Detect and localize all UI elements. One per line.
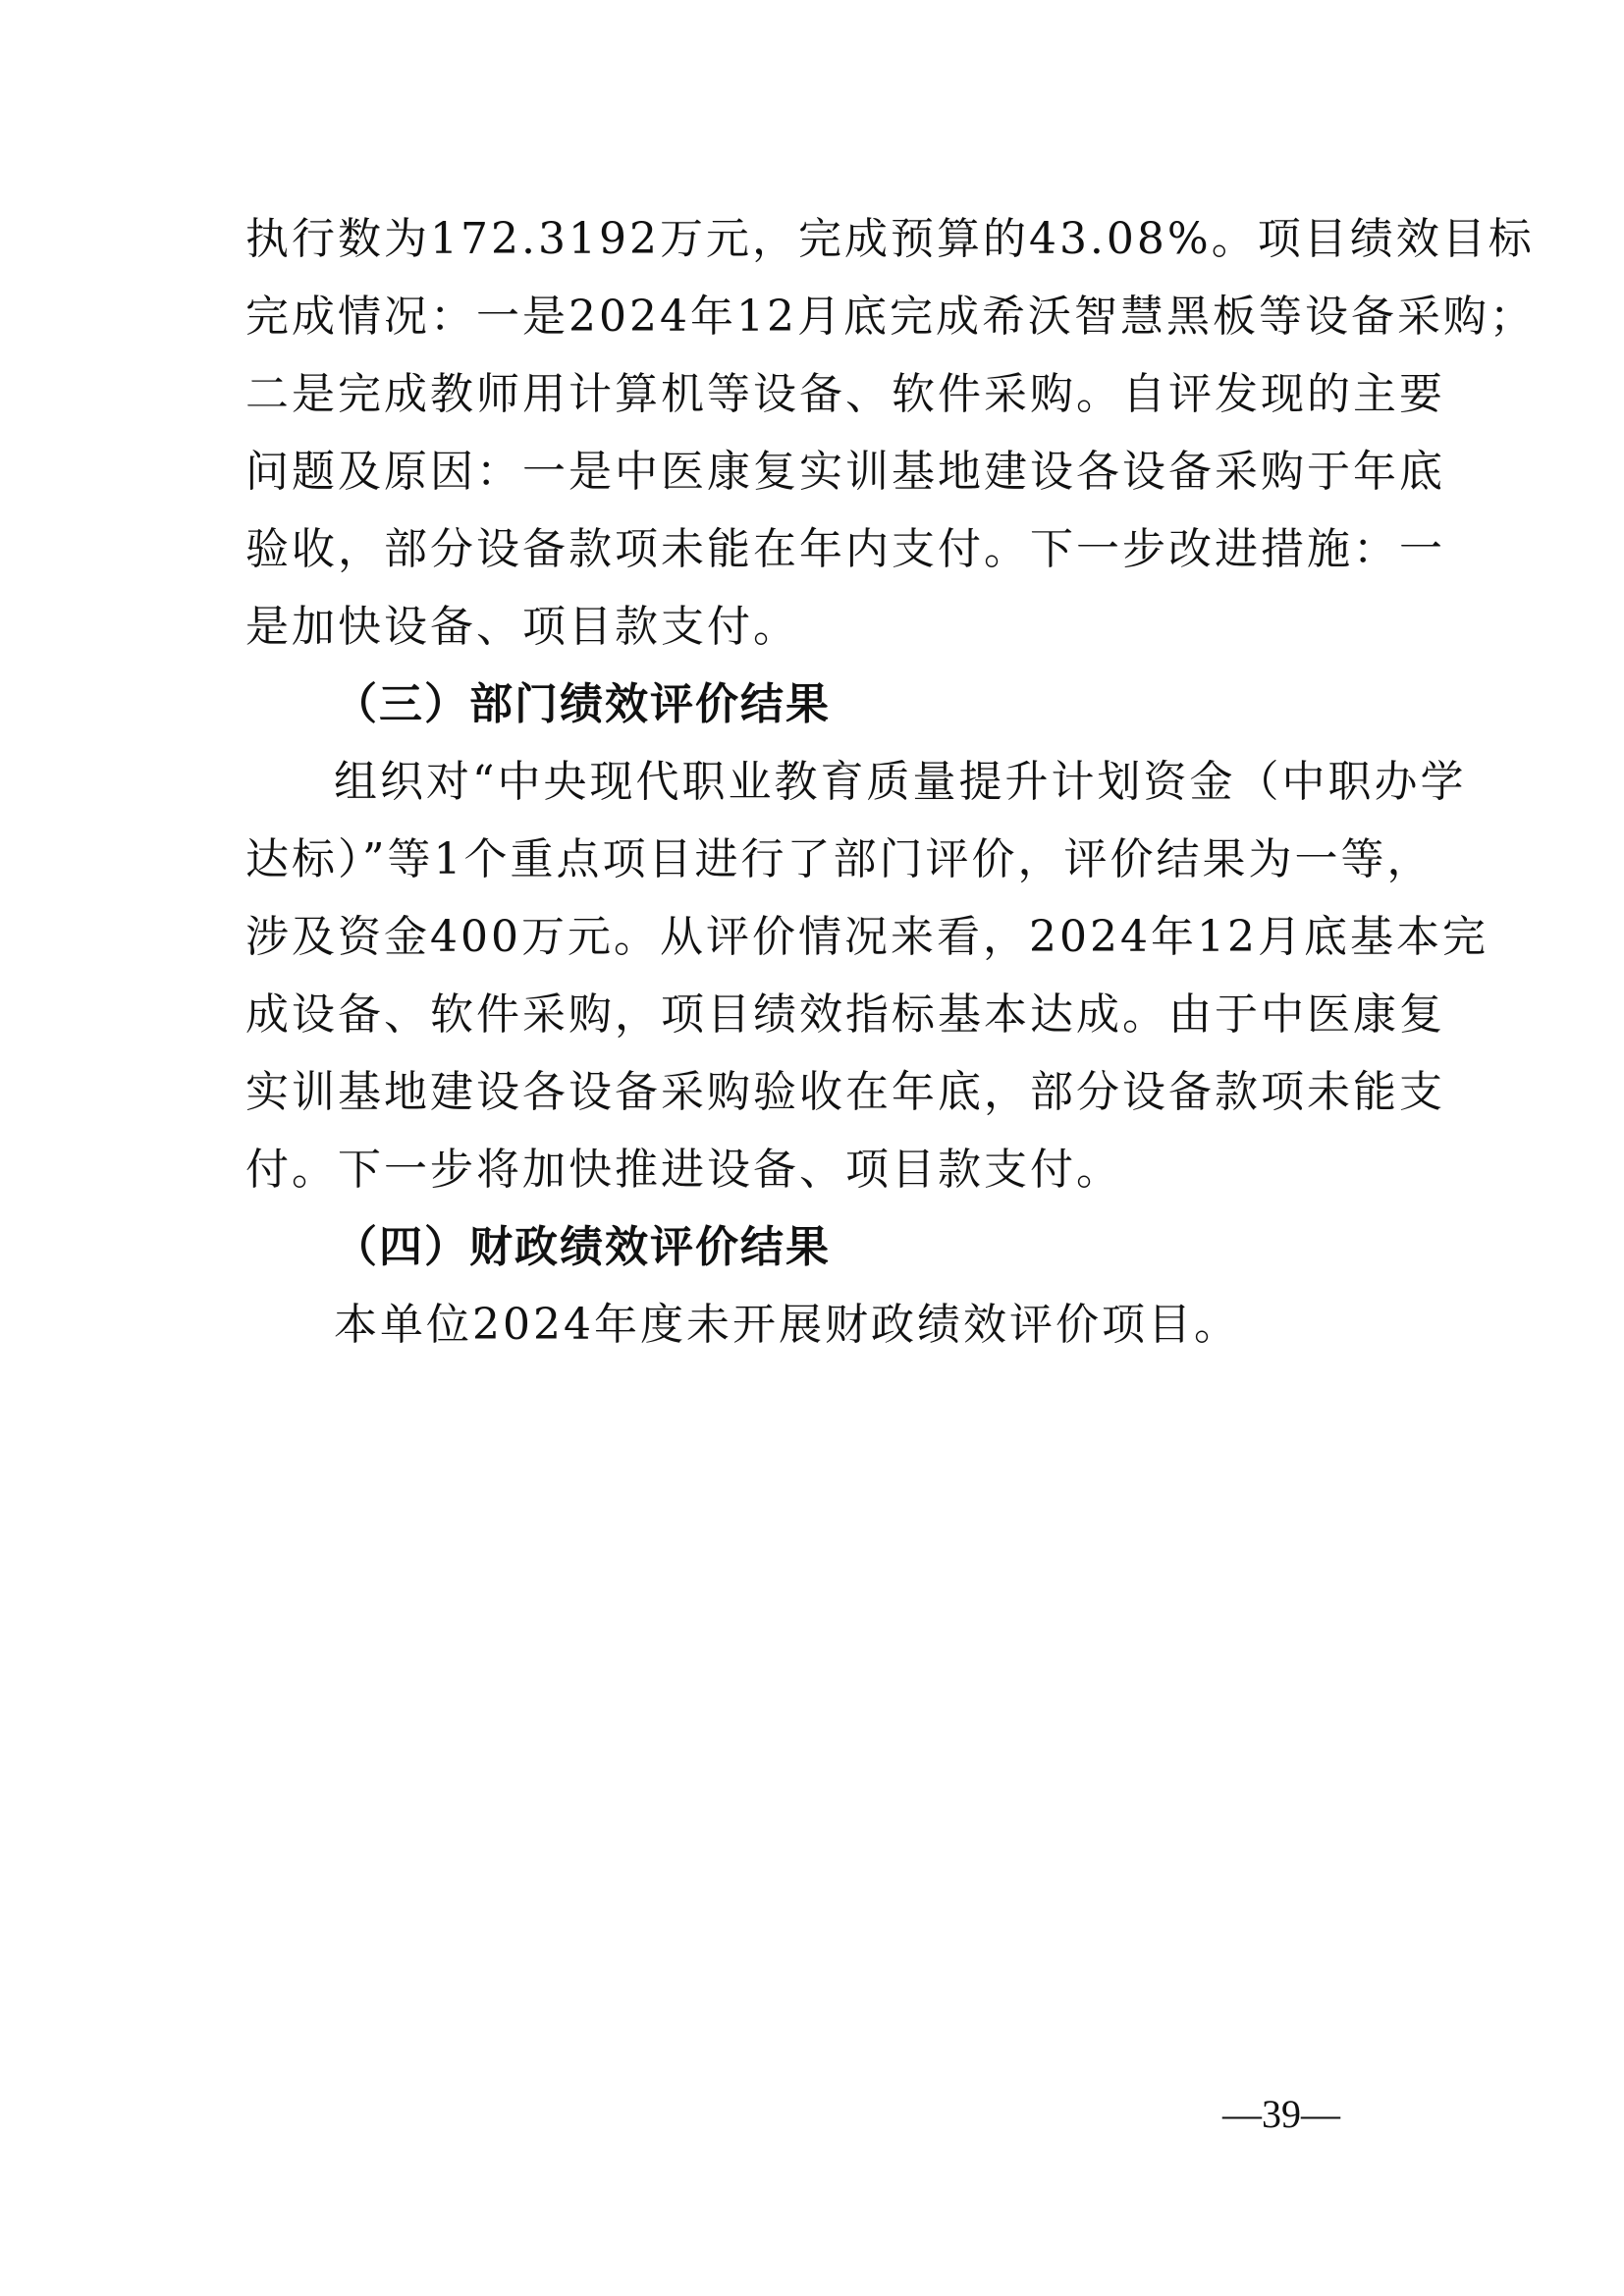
body-text-line: 达标）”等1个重点项目进行了部门评价，评价结果为一等，	[245, 838, 1434, 881]
body-text-line: 问题及原因：一是中医康复实训基地建设各设备采购于年底	[245, 451, 1445, 494]
document-page: 执行数为172.3192万元，完成预算的43.08%。项目绩效目标 完成情况：一…	[0, 0, 1624, 2296]
body-text-line: 涉及资金400万元。从评价情况来看，2024年12月底基本完	[245, 916, 1489, 959]
body-text-line: 本单位2024年度未开展财政绩效评价项目。	[334, 1304, 1240, 1347]
body-text-line: 组织对“中央现代职业教育质量提升计划资金（中职办学	[334, 761, 1467, 804]
body-text-line: 执行数为172.3192万元，完成预算的43.08%。项目绩效目标	[245, 218, 1535, 261]
body-text-line: 二是完成教师用计算机等设备、软件采购。自评发现的主要	[245, 373, 1445, 416]
section-heading-4: （四）财政绩效评价结果	[334, 1226, 831, 1269]
body-text-line: 成设备、软件采购，项目绩效指标基本达成。由于中医康复	[245, 993, 1445, 1037]
page-number: —39—	[1222, 2091, 1340, 2137]
body-text-line: 实训基地建设各设备采购验收在年底，部分设备款项未能支	[245, 1071, 1445, 1114]
section-heading-3: （三）部门绩效评价结果	[334, 683, 831, 726]
body-text-line: 完成情况：一是2024年12月底完成希沃智慧黑板等设备采购；	[245, 295, 1536, 339]
body-text-line: 是加快设备、项目款支付。	[245, 606, 799, 649]
body-text-line: 验收，部分设备款项未能在年内支付。下一步改进措施：一	[245, 528, 1445, 571]
body-text-line: 付。下一步将加快推进设备、项目款支付。	[245, 1148, 1122, 1192]
